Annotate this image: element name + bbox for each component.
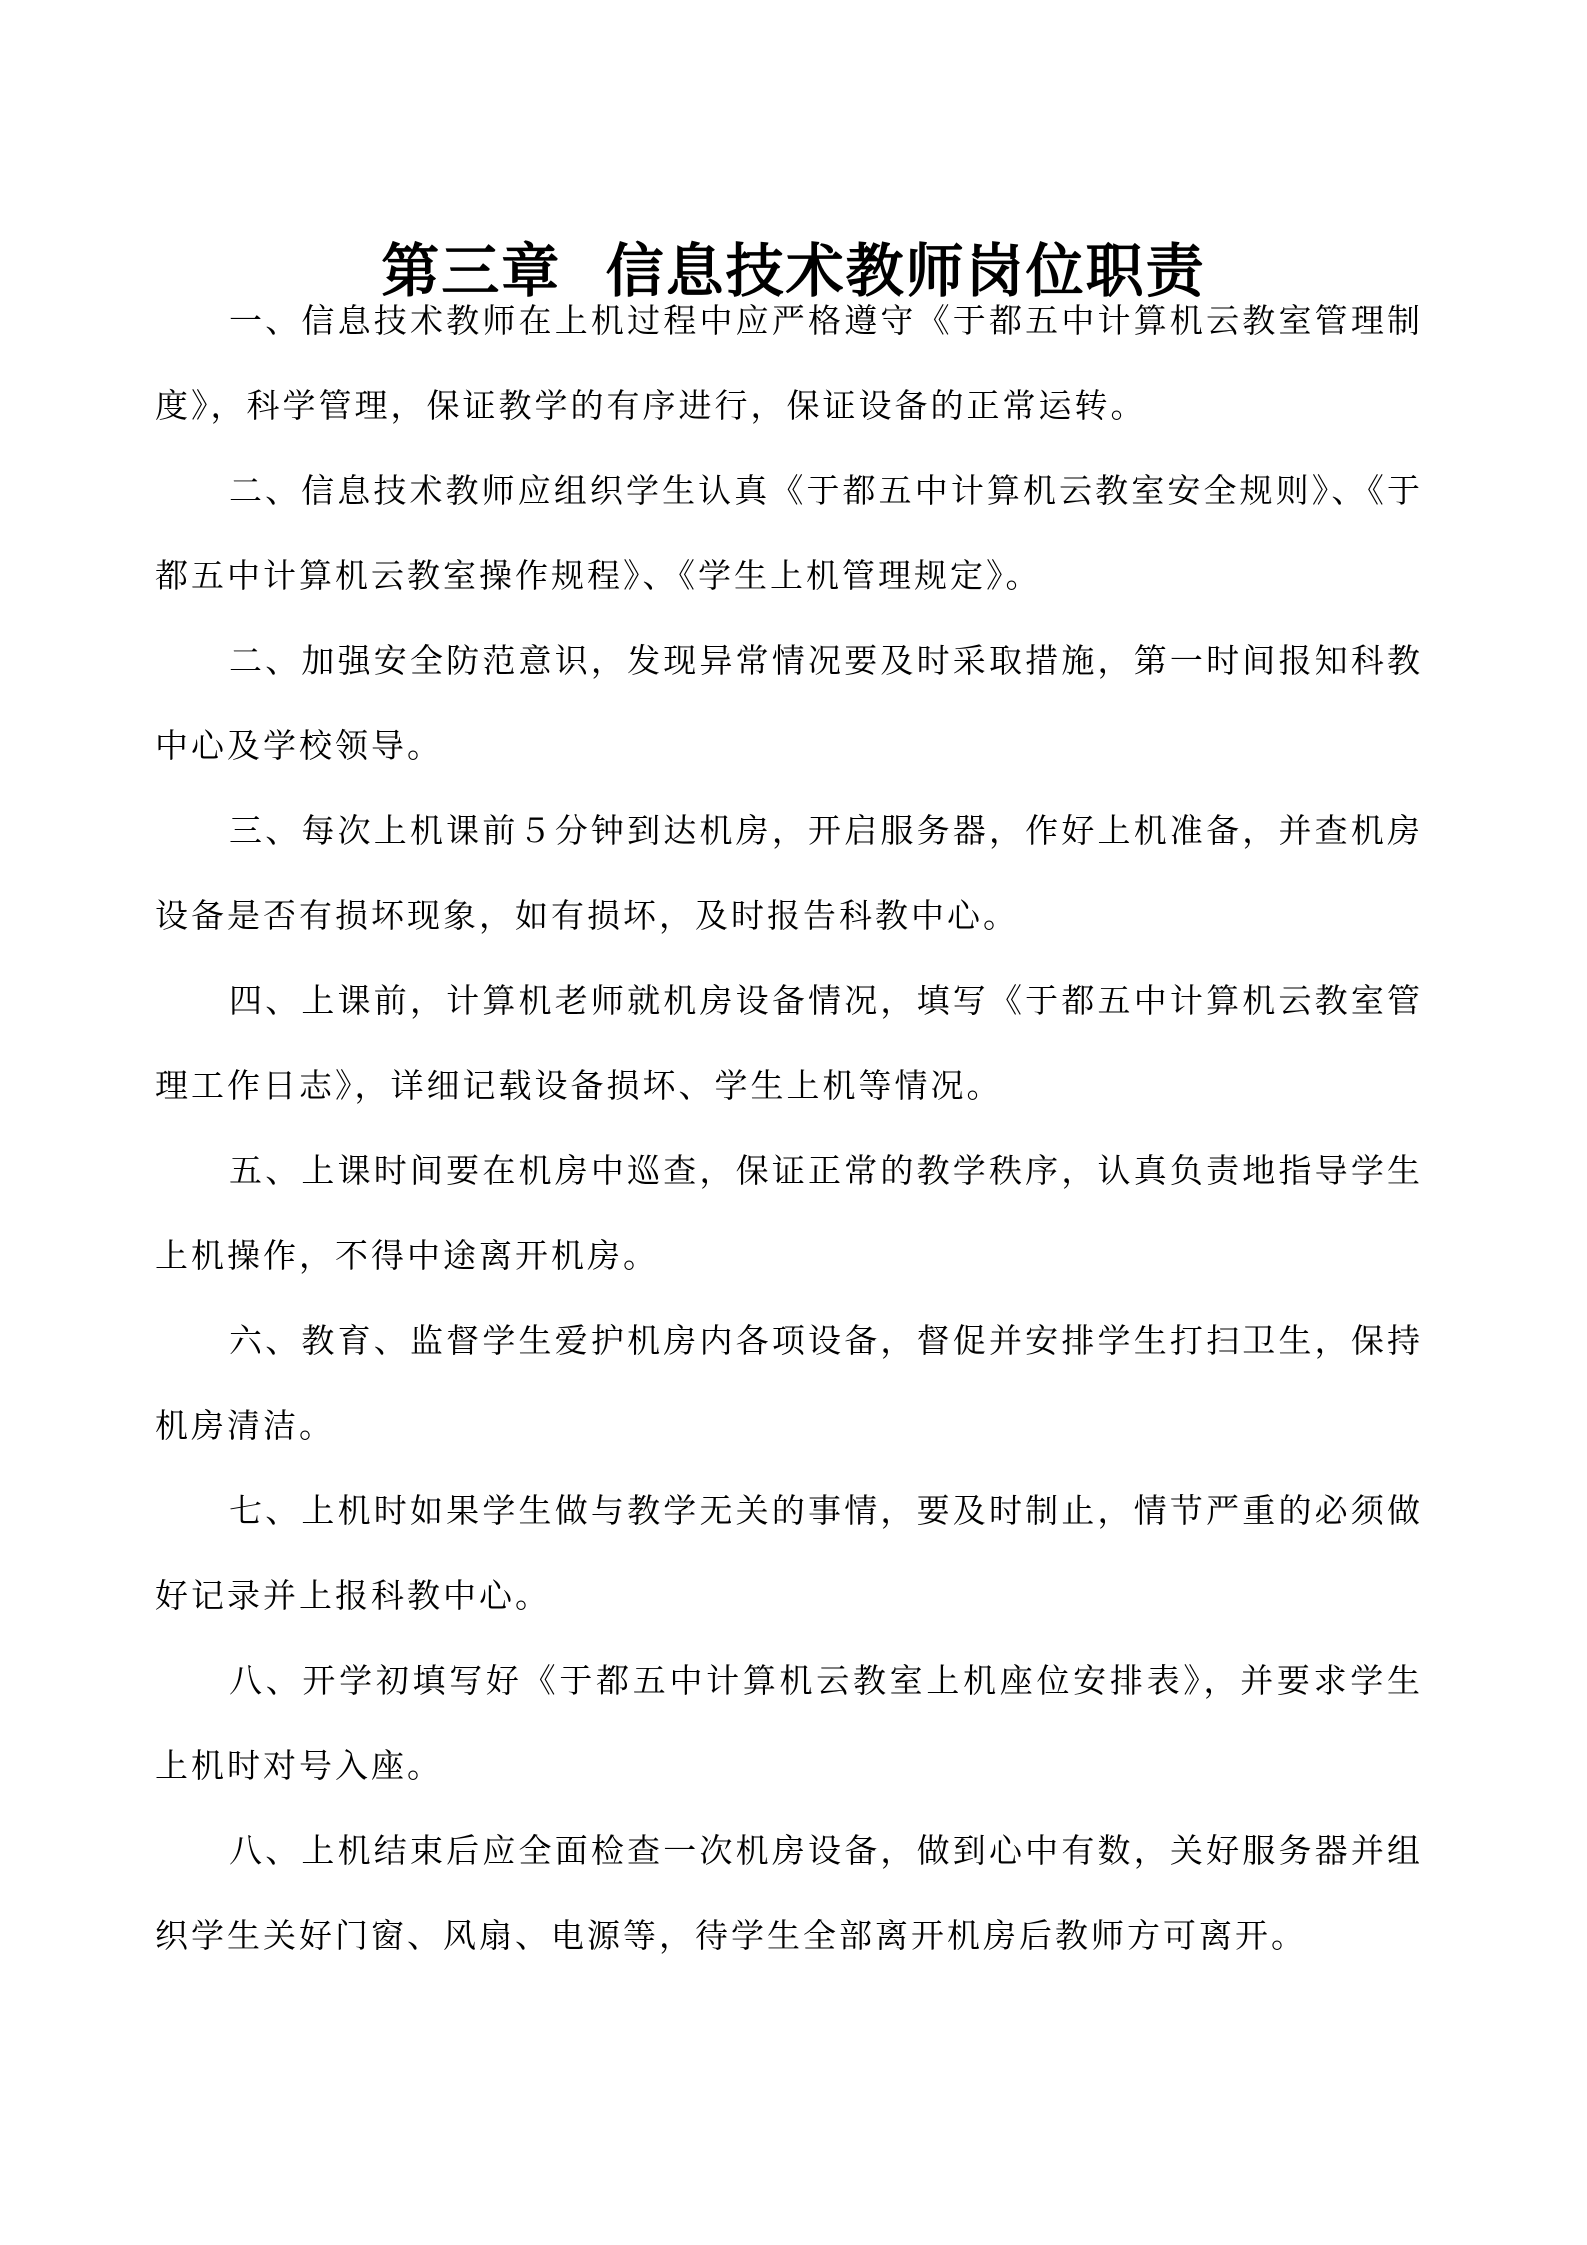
paragraph-9: 八、开学初填写好《于都五中计算机云教室上机座位安排表》，并要求学生上机时对号入座… [155, 1638, 1423, 1808]
paragraph-4: 三、每次上机课前５分钟到达机房，开启服务器，作好上机准备，并查机房设备是否有损坏… [155, 788, 1423, 958]
paragraph-8: 七、上机时如果学生做与教学无关的事情，要及时制止，情节严重的必须做好记录并上报科… [155, 1468, 1423, 1638]
paragraph-10: 八、上机结束后应全面检查一次机房设备，做到心中有数，关好服务器并组织学生关好门窗… [155, 1808, 1423, 1978]
paragraph-6: 五、上课时间要在机房中巡查，保证正常的教学秩序，认真负责地指导学生上机操作，不得… [155, 1128, 1423, 1298]
paragraph-3: 二、加强安全防范意识，发现异常情况要及时采取措施，第一时间报知科教中心及学校领导… [155, 618, 1423, 788]
paragraph-1: 一、信息技术教师在上机过程中应严格遵守《于都五中计算机云教室管理制度》，科学管理… [155, 278, 1423, 448]
document-body: 一、信息技术教师在上机过程中应严格遵守《于都五中计算机云教室管理制度》，科学管理… [155, 278, 1423, 1978]
paragraph-5: 四、上课前，计算机老师就机房设备情况，填写《于都五中计算机云教室管理工作日志》，… [155, 958, 1423, 1128]
paragraph-7: 六、教育、监督学生爱护机房内各项设备，督促并安排学生打扫卫生，保持机房清洁。 [155, 1298, 1423, 1468]
document-page: 第三章 信息技术教师岗位职责 一、信息技术教师在上机过程中应严格遵守《于都五中计… [0, 0, 1587, 2245]
paragraph-2: 二、信息技术教师应组织学生认真《于都五中计算机云教室安全规则》、《于都五中计算机… [155, 448, 1423, 618]
